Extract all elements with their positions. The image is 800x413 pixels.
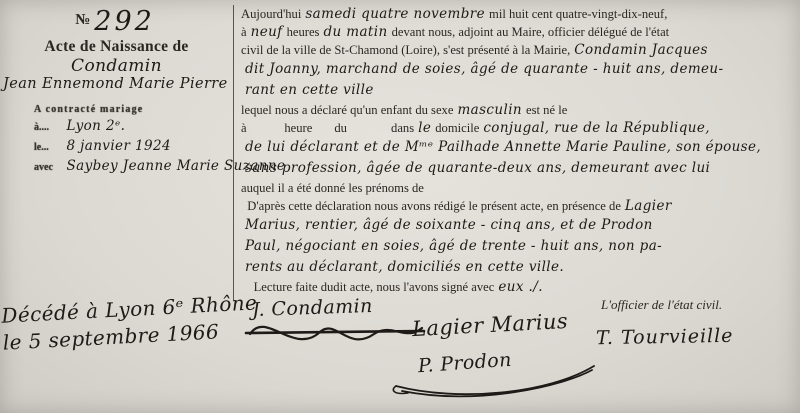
body-line: auquel il a été donné les prénoms de <box>241 179 795 197</box>
printed-text: heures <box>287 25 320 39</box>
body-line: àneufheuresdu matindevant nous, adjoint … <box>241 23 795 41</box>
printed-text: mil huit cent quatre-vingt-dix-neuf, <box>489 7 667 21</box>
printed-text: à <box>241 25 247 39</box>
handwritten-text: conjugal, rue de la République, <box>479 120 714 136</box>
handwritten-text: sans profession, âgée de quarante-deux a… <box>241 160 714 176</box>
handwritten-text: le <box>414 120 435 136</box>
marriage-spouse-label: avec <box>34 162 64 173</box>
printed-text: Aujourd'hui <box>241 7 301 21</box>
handwritten-text: de lui déclarant et de Mᵐᵉ Pailhade Anne… <box>241 139 765 155</box>
handwritten-text: samedi quatre novembre <box>301 6 489 22</box>
body-line: civil de la ville de St-Chamond (Loire),… <box>241 41 795 59</box>
body-line: Lecture faite dudit acte, nous l'avons s… <box>241 278 795 296</box>
child-given-names: Jean Ennemond Marie Pierre <box>3 76 236 92</box>
body-line: à heure du dansledomicileconjugal, rue d… <box>241 119 795 137</box>
act-number-label: № <box>75 12 90 28</box>
body-text: Aujourd'huisamedi quatre novembremil hui… <box>241 5 795 296</box>
signature-witness1: Lagier Marius <box>411 309 568 341</box>
marriage-place-label: à.... <box>34 122 64 133</box>
handwritten-text: Marius, rentier, âgé de soixante - cinq … <box>241 217 657 233</box>
death-annotation: Décédé à Lyon 6ᵉ Rhône le 5 septembre 19… <box>1 289 260 356</box>
marriage-date-label: le... <box>34 142 64 153</box>
act-title: Acte de Naissance de <box>0 38 233 56</box>
child-surname: Condamin <box>0 56 233 76</box>
printed-text: devant nous, adjoint au Maire, officier … <box>392 25 670 39</box>
handwritten-text: du matin <box>319 24 391 40</box>
officer-title-label: L'officier de l'état civil. <box>601 297 722 313</box>
marriage-date-value: 8 janvier 1924 <box>67 138 171 154</box>
printed-text: Lecture faite dudit acte, nous l'avons s… <box>241 280 494 294</box>
signature-flourish <box>244 312 429 354</box>
handwritten-text: masculin <box>453 102 526 118</box>
handwritten-text: Condamin Jacques <box>570 42 712 58</box>
body-line: de lui déclarant et de Mᵐᵉ Pailhade Anne… <box>241 137 795 158</box>
handwritten-text: rant en cette ville <box>241 82 378 98</box>
marriage-place-value: Lyon 2ᵉ. <box>67 118 126 134</box>
body-line: lequel nous a déclaré qu'un enfant du se… <box>241 101 795 119</box>
handwritten-text: Lagier <box>621 198 676 214</box>
printed-text: est né le <box>526 103 567 117</box>
printed-text: D'après cette déclaration nous avons réd… <box>241 199 621 213</box>
body-line: Marius, rentier, âgé de soixante - cinq … <box>241 215 795 236</box>
body-line: sans profession, âgée de quarante-deux a… <box>241 158 795 179</box>
signature-flourish <box>388 360 603 400</box>
margin-divider-rule <box>233 5 234 301</box>
body-line: dit Joanny, marchand de soies, âgé de qu… <box>241 59 795 80</box>
printed-text: auquel il a été donné les prénoms de <box>241 181 424 195</box>
handwritten-text: rents au déclarant, domiciliés en cette … <box>241 259 568 275</box>
margin-column: № 292 Acte de Naissance de Condamin Jean… <box>0 0 233 413</box>
handwritten-text: neuf <box>247 24 287 40</box>
signature-officer: T. Tourvieille <box>596 325 734 349</box>
body-line: D'après cette déclaration nous avons réd… <box>241 197 795 215</box>
body-line: rents au déclarant, domiciliés en cette … <box>241 257 795 278</box>
printed-text: civil de la ville de St-Chamond (Loire),… <box>241 43 570 57</box>
handwritten-text: dit Joanny, marchand de soies, âgé de qu… <box>241 61 728 77</box>
body-line: Paul, négociant en soies, âgé de trente … <box>241 236 795 257</box>
body-line: rant en cette ville <box>241 80 795 101</box>
act-number: № 292 <box>0 6 230 37</box>
act-number-value: 292 <box>94 6 155 37</box>
birth-certificate-scan: № 292 Acte de Naissance de Condamin Jean… <box>0 0 800 413</box>
printed-text: domicile <box>435 121 479 135</box>
printed-text: lequel nous a déclaré qu'un enfant du se… <box>241 103 453 117</box>
handwritten-text: eux ./. <box>494 279 547 295</box>
body-line: Aujourd'huisamedi quatre novembremil hui… <box>241 5 795 23</box>
handwritten-text: Paul, négociant en soies, âgé de trente … <box>241 238 666 254</box>
printed-text: à heure du dans <box>241 121 414 135</box>
